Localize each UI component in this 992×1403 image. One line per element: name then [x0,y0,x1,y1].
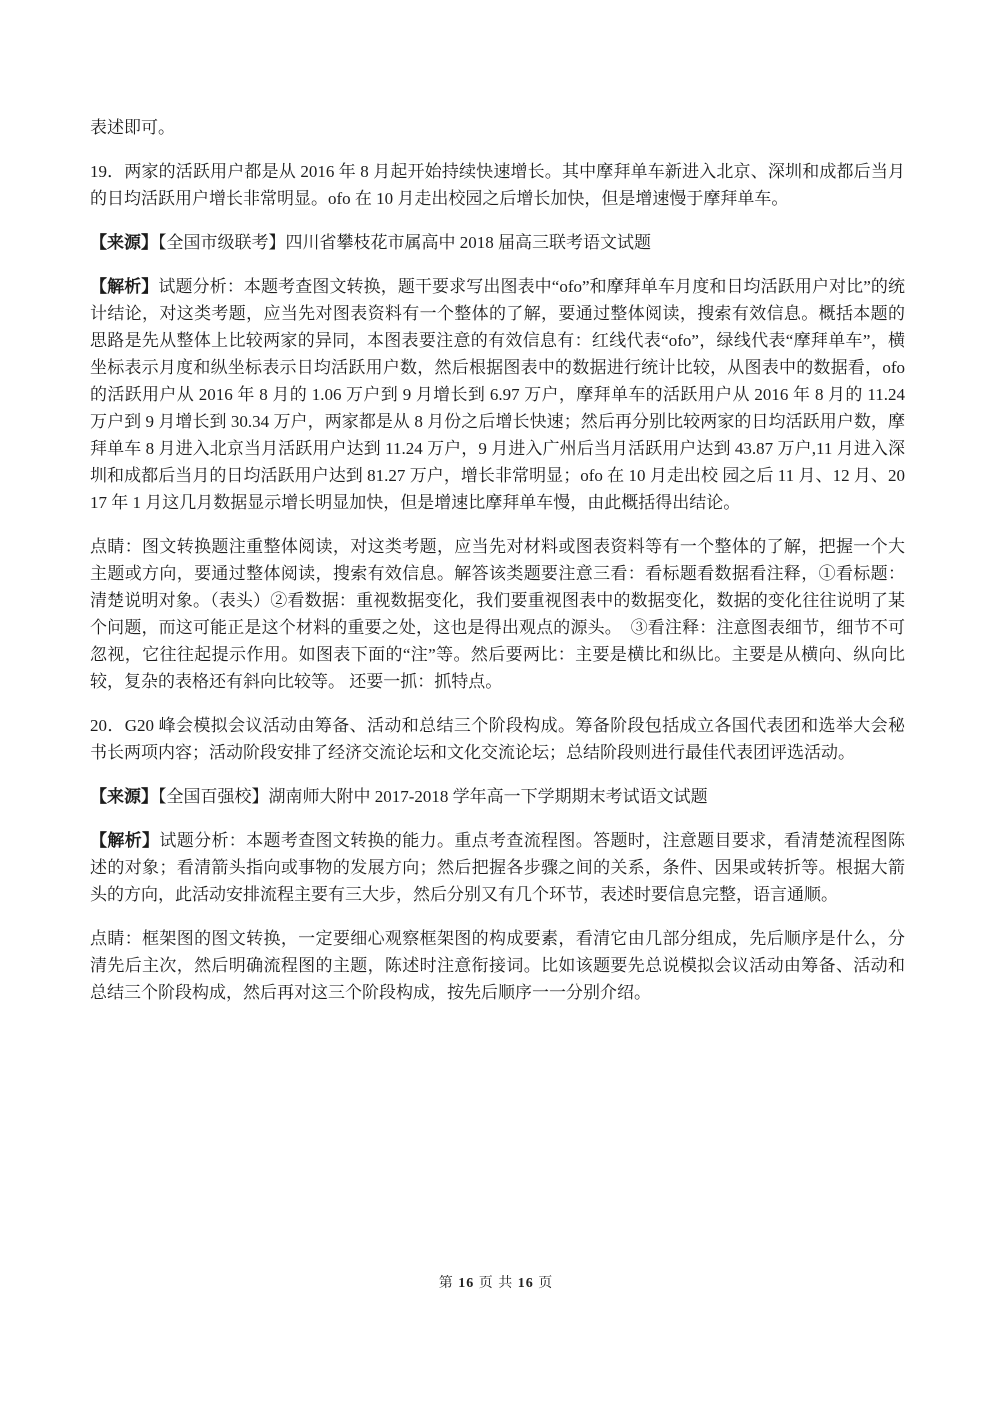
paragraph-text: 试题分析：本题考查图文转换的能力。重点考查流程图。答题时，注意题目要求，看清楚流… [90,831,905,904]
paragraph: 表述即可。 [90,114,905,141]
paragraph-analysis: 【解析】试题分析：本题考查图文转换的能力。重点考查流程图。答题时，注意题目要求，… [90,827,905,908]
paragraph-source: 【来源】【全国百强校】湖南师大附中 2017-2018 学年高一下学期期末考试语… [90,783,905,810]
document-page: 表述即可。 19．两家的活跃用户都是从 2016 年 8 月起开始持续快速增长。… [0,0,992,1403]
paragraph-text: 表述即可。 [90,118,175,137]
paragraph-text: 20．G20 峰会模拟会议活动由筹备、活动和总结三个阶段构成。筹备阶段包括成立各… [90,716,905,762]
paragraph: 20．G20 峰会模拟会议活动由筹备、活动和总结三个阶段构成。筹备阶段包括成立各… [90,712,905,766]
paragraph-bold-prefix: 【来源】 [90,787,158,806]
footer-label: 共 [498,1276,513,1291]
paragraph-tip: 点睛：框架图的图文转换，一定要细心观察框架图的构成要素，看清它由几部分组成，先后… [90,925,905,1006]
paragraph-text: 试题分析：本题考查图文转换，题干要求写出图表中“ofo”和摩拜单车月度和日均活跃… [90,277,905,512]
footer-page-number: 16 [458,1276,474,1291]
paragraph-text: 点睛：框架图的图文转换，一定要细心观察框架图的构成要素，看清它由几部分组成，先后… [90,929,905,1002]
paragraph-tip: 点睛：图文转换题注重整体阅读，对这类考题，应当先对材料或图表资料等有一个整体的了… [90,533,905,695]
footer-label: 第 [439,1276,454,1291]
paragraph-source: 【来源】【全国市级联考】四川省攀枝花市属高中 2018 届高三联考语文试题 [90,229,905,256]
paragraph-text: 【全国市级联考】四川省攀枝花市属高中 2018 届高三联考语文试题 [158,233,651,252]
paragraph-bold-prefix: 【来源】 [90,233,158,252]
paragraph-bold-prefix: 【解析】 [90,277,158,296]
page-footer: 第 16 页 共 16 页 [0,1272,992,1292]
paragraph-text: 19．两家的活跃用户都是从 2016 年 8 月起开始持续快速增长。其中摩拜单车… [90,162,905,208]
paragraph-bold-prefix: 【解析】 [90,831,159,850]
paragraph-analysis: 【解析】试题分析：本题考查图文转换，题干要求写出图表中“ofo”和摩拜单车月度和… [90,273,905,516]
paragraph: 19．两家的活跃用户都是从 2016 年 8 月起开始持续快速增长。其中摩拜单车… [90,158,905,212]
paragraph-text: 【全国百强校】湖南师大附中 2017-2018 学年高一下学期期末考试语文试题 [158,787,708,806]
paragraph-text: 点睛：图文转换题注重整体阅读，对这类考题，应当先对材料或图表资料等有一个整体的了… [90,537,905,691]
footer-label: 页 [479,1276,494,1291]
document-content: 表述即可。 19．两家的活跃用户都是从 2016 年 8 月起开始持续快速增长。… [90,114,905,1023]
footer-label: 页 [538,1276,553,1291]
footer-total-pages: 16 [518,1276,534,1291]
